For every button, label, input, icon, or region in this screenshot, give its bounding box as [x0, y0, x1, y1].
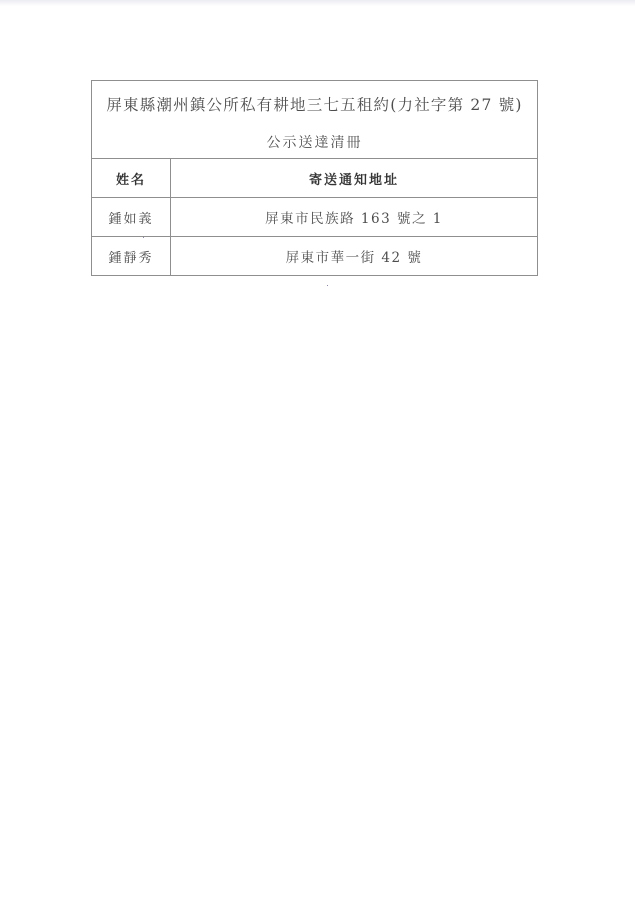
title-row: 屏東縣潮州鎮公所私有耕地三七五租約(力社字第 27 號) 公示送達清冊	[92, 81, 538, 159]
table-row: 鍾靜秀 屏東市華一街 42 號	[92, 237, 538, 276]
scan-speck	[143, 237, 144, 238]
header-row: 姓名 寄送通知地址	[92, 159, 538, 198]
recipient-name: 鍾靜秀	[92, 237, 171, 276]
service-list-table: 屏東縣潮州鎮公所私有耕地三七五租約(力社字第 27 號) 公示送達清冊 姓名 寄…	[91, 80, 538, 276]
table-row: 鍾如義 屏東市民族路 163 號之 1	[92, 198, 538, 237]
title-cell: 屏東縣潮州鎮公所私有耕地三七五租約(力社字第 27 號) 公示送達清冊	[92, 81, 538, 159]
scan-edge-shadow	[0, 0, 635, 6]
column-header-address: 寄送通知地址	[171, 159, 538, 198]
column-header-name: 姓名	[92, 159, 171, 198]
document-subtitle: 公示送達清冊	[92, 132, 537, 152]
recipient-name: 鍾如義	[92, 198, 171, 237]
recipient-address: 屏東市民族路 163 號之 1	[171, 198, 538, 237]
scan-speck	[327, 285, 328, 286]
document-title: 屏東縣潮州鎮公所私有耕地三七五租約(力社字第 27 號)	[92, 93, 537, 115]
recipient-address: 屏東市華一街 42 號	[171, 237, 538, 276]
